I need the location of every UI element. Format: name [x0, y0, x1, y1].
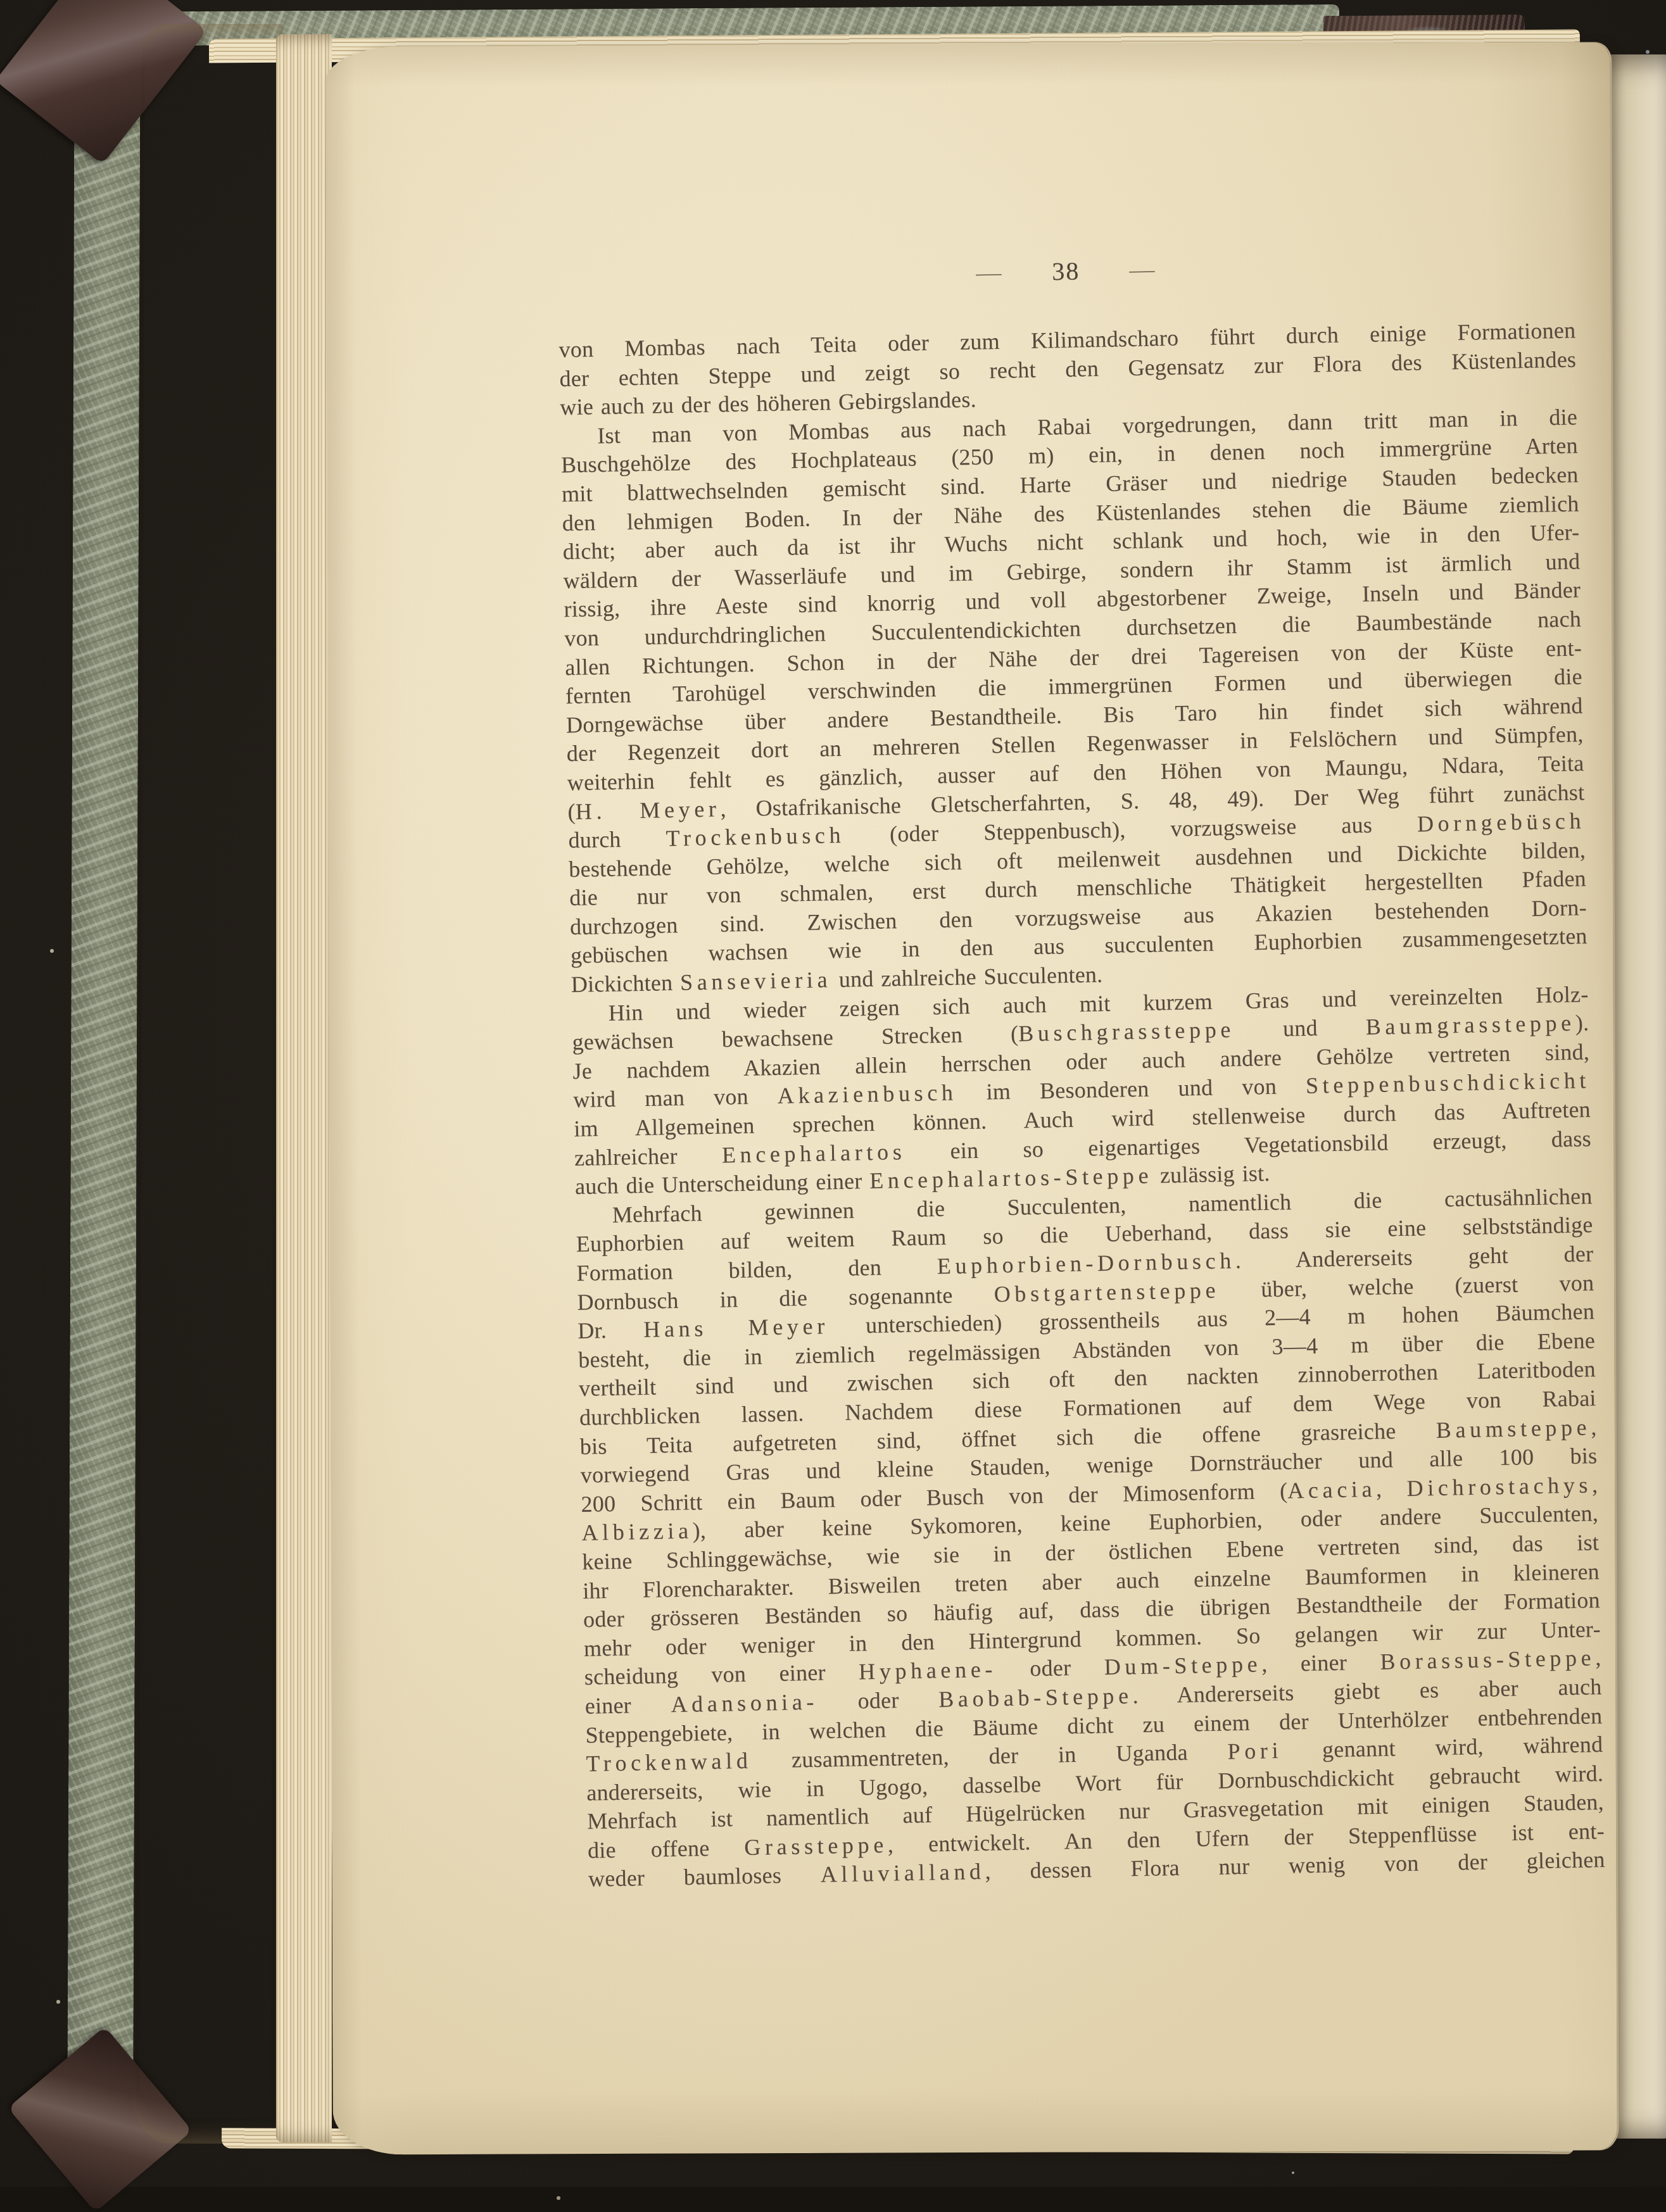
letterspaced-term: Akazienbusch [777, 1080, 957, 1109]
text-segment: Formation bilden, den [576, 1254, 937, 1286]
text-segment: , [1592, 1472, 1598, 1497]
letterspaced-term: Albizzia [581, 1518, 693, 1545]
letterspaced-term: Hyphaene- [859, 1657, 997, 1685]
letterspaced-term: Euphorbien-Dornbusch [937, 1248, 1235, 1279]
paragraph: Hin und wieder zeigen sich auch mit kurz… [571, 980, 1592, 1202]
letterspaced-term: Dorngebüsch [1417, 808, 1586, 836]
text-segment: die offene [588, 1835, 745, 1863]
text-segment: einer [584, 1692, 671, 1719]
page-number: 38 [1052, 256, 1080, 286]
letterspaced-term: Trockenbusch [666, 822, 845, 851]
page-stack-fore-edges [276, 34, 332, 2142]
text-segment: und [1235, 1014, 1366, 1042]
text-segment: weder baumloses [588, 1862, 821, 1892]
letterspaced-term: Sansevieria [680, 967, 832, 995]
letterspaced-term: Buschgrassteppe [1018, 1017, 1235, 1046]
text-page: — 38 — von Mombas nach Teita oder zum Ki… [325, 42, 1617, 2154]
letterspaced-term: Dum-Steppe [1104, 1652, 1261, 1680]
text-segment: , [1376, 1476, 1407, 1502]
letterspaced-term: Alluvialland [820, 1859, 985, 1887]
text-segment: über, welche (zuerst von [1220, 1270, 1594, 1302]
text-segment: oder [997, 1654, 1105, 1681]
text-segment: wird man von [573, 1083, 778, 1112]
letterspaced-term: Acacia [1287, 1476, 1377, 1504]
text-segment: zulässig ist. [1152, 1160, 1270, 1188]
text-segment: scheidung von einer [584, 1659, 859, 1690]
letterspaced-term: H. Meyer [575, 796, 720, 824]
text-segment: , [1595, 1645, 1601, 1670]
text-segment: , einer [1261, 1649, 1380, 1677]
letterspaced-term: Baobab-Steppe [938, 1683, 1133, 1712]
text-segment: im Besonderen und von [957, 1073, 1306, 1105]
body-text: von Mombas nach Teita oder zum Kilimands… [558, 316, 1605, 1894]
letterspaced-term: Trockenwald [586, 1748, 752, 1776]
text-segment: ). [1575, 1010, 1589, 1035]
book-scan: — 38 — von Mombas nach Teita oder zum Ki… [0, 0, 1666, 2187]
letterspaced-term: Encephalartos-Steppe [869, 1163, 1153, 1194]
text-segment: ( [567, 798, 576, 824]
text-segment: , [1591, 1414, 1597, 1440]
text-segment: Dr. [577, 1317, 644, 1343]
letterspaced-term: Adansonia- [671, 1689, 818, 1717]
letterspaced-term: Steppenbuschdickicht [1306, 1068, 1591, 1099]
header-dash-right: — [1129, 258, 1156, 282]
page-header: — 38 — [557, 246, 1575, 296]
text-segment: durch [568, 826, 666, 853]
letterspaced-term: Obstgartensteppe [994, 1277, 1220, 1307]
letterspaced-term: Borassus-Steppe [1380, 1645, 1596, 1675]
text-segment: und zahlreiche Succulenten. [831, 962, 1103, 992]
letterspaced-term: Grassteppe [744, 1832, 888, 1860]
page-content: — 38 — von Mombas nach Teita oder zum Ki… [553, 27, 1610, 2154]
text-segment: zahlreicher [574, 1142, 723, 1170]
letterspaced-term: Encephalartos [722, 1139, 906, 1168]
letterspaced-term: Pori [1227, 1738, 1282, 1764]
letterspaced-term: Dichrostachys [1406, 1472, 1592, 1501]
text-segment: . Andererseits geht der [1235, 1241, 1593, 1273]
paragraph: Mehrfach gewinnen die Succulenten, namen… [575, 1182, 1605, 1894]
page-stack-under-page [133, 24, 283, 2144]
text-segment: auch die Unterscheidung einer [575, 1168, 870, 1199]
text-segment: Dickichten [571, 970, 680, 997]
paragraph: Ist man von Mombas aus nach Rabai vorged… [560, 403, 1588, 1000]
letterspaced-term: Baumsteppe [1436, 1414, 1591, 1443]
header-dash-left: — [976, 260, 1003, 284]
text-segment: oder [818, 1687, 939, 1714]
letterspaced-term: Hans Meyer [643, 1314, 829, 1343]
text-segment: genannt wird, während [1282, 1731, 1603, 1763]
book-cover-edge-left [67, 10, 141, 2132]
letterspaced-term: Baumgrassteppe [1365, 1010, 1575, 1040]
